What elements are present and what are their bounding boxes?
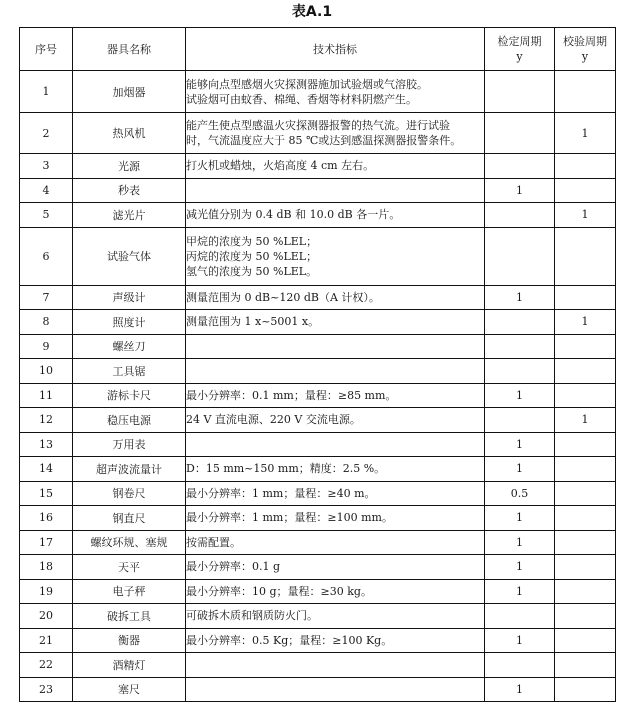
cell-no: 5 [20,203,73,228]
cell-name: 声级计 [73,285,186,310]
cell-spec: 可破拆木质和钢质防火门。 [186,604,485,629]
cell-check-period [555,481,616,506]
cell-check-period: 1 [555,310,616,335]
cell-verify-period: 1 [485,178,555,203]
cell-check-period [555,677,616,702]
table-row: 9螺丝刀 [20,334,616,359]
header-check-period-label: 校验周期 [555,34,615,49]
spec-line: 最小分辨率：1 mm；量程：≥40 m。 [186,486,484,501]
header-check-period: 校验周期 y [555,28,616,71]
cell-verify-period [485,227,555,285]
cell-name: 光源 [73,154,186,179]
spec-line: 最小分辨率：1 mm；量程：≥100 mm。 [186,510,484,525]
cell-spec: 测量范围为 0 dB~120 dB（A 计权）。 [186,285,485,310]
cell-spec: 能够向点型感烟火灾探测器施加试验烟或气溶胶。试验烟可由蚊香、棉绳、香烟等材料阴燃… [186,71,485,113]
cell-verify-period: 1 [485,457,555,482]
cell-spec: D：15 mm~150 mm；精度：2.5 %。 [186,457,485,482]
cell-no: 7 [20,285,73,310]
table-row: 16钢直尺最小分辨率：1 mm；量程：≥100 mm。1 [20,506,616,531]
cell-name: 钢直尺 [73,506,186,531]
table-row: 12稳压电源24 V 直流电源、220 V 交流电源。1 [20,408,616,433]
cell-check-period [555,530,616,555]
cell-name: 滤光片 [73,203,186,228]
table-row: 23塞尺1 [20,677,616,702]
cell-no: 22 [20,653,73,678]
cell-name: 电子秤 [73,579,186,604]
cell-check-period [555,653,616,678]
cell-spec: 最小分辨率：0.5 Kg；量程：≥100 Kg。 [186,628,485,653]
cell-spec [186,334,485,359]
header-name: 器具名称 [73,28,186,71]
cell-name: 超声波流量计 [73,457,186,482]
cell-check-period [555,178,616,203]
cell-no: 15 [20,481,73,506]
cell-verify-period: 1 [485,677,555,702]
table-row: 15钢卷尺最小分辨率：1 mm；量程：≥40 m。0.5 [20,481,616,506]
cell-check-period [555,285,616,310]
cell-name: 游标卡尺 [73,383,186,408]
cell-name: 照度计 [73,310,186,335]
cell-name: 天平 [73,555,186,580]
cell-check-period: 1 [555,203,616,228]
spec-line: 能够向点型感烟火灾探测器施加试验烟或气溶胶。 [186,77,484,92]
cell-spec: 24 V 直流电源、220 V 交流电源。 [186,408,485,433]
cell-verify-period [485,113,555,154]
cell-check-period [555,154,616,179]
table-row: 21衡器最小分辨率：0.5 Kg；量程：≥100 Kg。1 [20,628,616,653]
cell-no: 3 [20,154,73,179]
cell-no: 10 [20,359,73,384]
spec-line: D：15 mm~150 mm；精度：2.5 %。 [186,461,484,476]
cell-verify-period: 1 [485,432,555,457]
spec-line: 丙烷的浓度为 50 %LEL； [186,249,484,264]
cell-check-period [555,359,616,384]
table-row: 8照度计测量范围为 1 x~5001 x。1 [20,310,616,335]
spec-line: 甲烷的浓度为 50 %LEL； [186,234,484,249]
cell-verify-period [485,334,555,359]
spec-line: 打火机或蜡烛，火焰高度 4 cm 左右。 [186,158,484,173]
table-header-row: 序号 器具名称 技术指标 检定周期 y 校验周期 y [20,28,616,71]
cell-verify-period: 1 [485,579,555,604]
cell-spec [186,677,485,702]
cell-name: 万用表 [73,432,186,457]
cell-spec [186,432,485,457]
cell-verify-period [485,310,555,335]
cell-name: 破拆工具 [73,604,186,629]
table-row: 3光源打火机或蜡烛，火焰高度 4 cm 左右。 [20,154,616,179]
spec-line: 最小分辨率：0.1 mm；量程：≥85 mm。 [186,388,484,403]
spec-line: 氢气的浓度为 50 %LEL。 [186,264,484,279]
cell-verify-period [485,359,555,384]
header-no: 序号 [20,28,73,71]
cell-verify-period: 0.5 [485,481,555,506]
cell-check-period [555,506,616,531]
spec-line: 试验烟可由蚊香、棉绳、香烟等材料阴燃产生。 [186,92,484,107]
cell-name: 螺纹环规、塞规 [73,530,186,555]
header-verify-period-unit: y [485,49,554,64]
cell-no: 21 [20,628,73,653]
cell-verify-period: 1 [485,506,555,531]
table-row: 7声级计测量范围为 0 dB~120 dB（A 计权）。1 [20,285,616,310]
cell-spec [186,359,485,384]
cell-no: 8 [20,310,73,335]
cell-check-period [555,628,616,653]
cell-verify-period [485,203,555,228]
spec-line: 减光值分别为 0.4 dB 和 10.0 dB 各一片。 [186,207,484,222]
cell-no: 4 [20,178,73,203]
cell-name: 塞尺 [73,677,186,702]
cell-verify-period: 1 [485,555,555,580]
cell-no: 6 [20,227,73,285]
cell-name: 稳压电源 [73,408,186,433]
cell-check-period: 1 [555,408,616,433]
cell-no: 13 [20,432,73,457]
cell-spec: 最小分辨率：1 mm；量程：≥40 m。 [186,481,485,506]
spec-line: 最小分辨率：0.5 Kg；量程：≥100 Kg。 [186,633,484,648]
cell-no: 1 [20,71,73,113]
spec-line: 24 V 直流电源、220 V 交流电源。 [186,412,484,427]
table-row: 6试验气体甲烷的浓度为 50 %LEL；丙烷的浓度为 50 %LEL；氢气的浓度… [20,227,616,285]
cell-spec: 最小分辨率：10 g；量程：≥30 kg。 [186,579,485,604]
cell-no: 23 [20,677,73,702]
cell-name: 加烟器 [73,71,186,113]
spec-line: 最小分辨率：10 g；量程：≥30 kg。 [186,584,484,599]
cell-verify-period [485,653,555,678]
cell-no: 14 [20,457,73,482]
cell-no: 12 [20,408,73,433]
cell-check-period [555,334,616,359]
cell-check-period [555,579,616,604]
cell-no: 16 [20,506,73,531]
table-row: 14超声波流量计D：15 mm~150 mm；精度：2.5 %。1 [20,457,616,482]
cell-name: 秒表 [73,178,186,203]
cell-no: 18 [20,555,73,580]
header-verify-period-label: 检定周期 [485,34,554,49]
spec-line: 测量范围为 0 dB~120 dB（A 计权）。 [186,290,484,305]
cell-no: 9 [20,334,73,359]
cell-spec: 甲烷的浓度为 50 %LEL；丙烷的浓度为 50 %LEL；氢气的浓度为 50 … [186,227,485,285]
table-row: 10工具锯 [20,359,616,384]
cell-spec: 按需配置。 [186,530,485,555]
cell-no: 2 [20,113,73,154]
spec-line: 可破拆木质和钢质防火门。 [186,608,484,623]
cell-spec: 最小分辨率：0.1 g [186,555,485,580]
cell-spec: 最小分辨率：0.1 mm；量程：≥85 mm。 [186,383,485,408]
table-row: 1加烟器能够向点型感烟火灾探测器施加试验烟或气溶胶。试验烟可由蚊香、棉绳、香烟等… [20,71,616,113]
cell-spec [186,653,485,678]
table-row: 22酒精灯 [20,653,616,678]
cell-name: 螺丝刀 [73,334,186,359]
cell-verify-period: 1 [485,530,555,555]
cell-check-period [555,227,616,285]
cell-spec: 减光值分别为 0.4 dB 和 10.0 dB 各一片。 [186,203,485,228]
cell-check-period [555,555,616,580]
table-row: 2热风机能产生使点型感温火灾探测器报警的热气流。进行试验时，气流温度应大于 85… [20,113,616,154]
spec-line: 能产生使点型感温火灾探测器报警的热气流。进行试验 [186,118,484,133]
header-verify-period: 检定周期 y [485,28,555,71]
table-row: 5滤光片减光值分别为 0.4 dB 和 10.0 dB 各一片。1 [20,203,616,228]
cell-spec: 最小分辨率：1 mm；量程：≥100 mm。 [186,506,485,531]
cell-check-period: 1 [555,113,616,154]
cell-name: 钢卷尺 [73,481,186,506]
cell-name: 试验气体 [73,227,186,285]
table-row: 4秒表1 [20,178,616,203]
cell-no: 17 [20,530,73,555]
header-spec: 技术指标 [186,28,485,71]
cell-check-period [555,71,616,113]
equipment-table: 序号 器具名称 技术指标 检定周期 y 校验周期 y 1加烟器能够向点型感烟火灾… [19,27,616,702]
cell-verify-period [485,154,555,179]
cell-verify-period [485,604,555,629]
cell-spec: 打火机或蜡烛，火焰高度 4 cm 左右。 [186,154,485,179]
cell-verify-period: 1 [485,628,555,653]
spec-line: 最小分辨率：0.1 g [186,559,484,574]
table-row: 18天平最小分辨率：0.1 g1 [20,555,616,580]
table-row: 11游标卡尺最小分辨率：0.1 mm；量程：≥85 mm。1 [20,383,616,408]
cell-no: 19 [20,579,73,604]
table-row: 20破拆工具可破拆木质和钢质防火门。 [20,604,616,629]
spec-line: 时，气流温度应大于 85 ℃或达到感温探测器报警条件。 [186,133,484,148]
cell-check-period [555,383,616,408]
table-row: 13万用表1 [20,432,616,457]
table-title: 表A.1 [0,3,624,21]
cell-check-period [555,604,616,629]
spec-line: 按需配置。 [186,535,484,550]
cell-no: 11 [20,383,73,408]
table-row: 19电子秤最小分辨率：10 g；量程：≥30 kg。1 [20,579,616,604]
header-check-period-unit: y [555,49,615,64]
cell-no: 20 [20,604,73,629]
cell-check-period [555,432,616,457]
cell-spec: 能产生使点型感温火灾探测器报警的热气流。进行试验时，气流温度应大于 85 ℃或达… [186,113,485,154]
cell-verify-period [485,71,555,113]
cell-verify-period: 1 [485,285,555,310]
cell-spec [186,178,485,203]
cell-verify-period: 1 [485,383,555,408]
cell-check-period [555,457,616,482]
cell-verify-period [485,408,555,433]
cell-name: 工具锯 [73,359,186,384]
table-row: 17螺纹环规、塞规按需配置。1 [20,530,616,555]
spec-line: 测量范围为 1 x~5001 x。 [186,314,484,329]
cell-name: 热风机 [73,113,186,154]
cell-name: 衡器 [73,628,186,653]
cell-name: 酒精灯 [73,653,186,678]
cell-spec: 测量范围为 1 x~5001 x。 [186,310,485,335]
